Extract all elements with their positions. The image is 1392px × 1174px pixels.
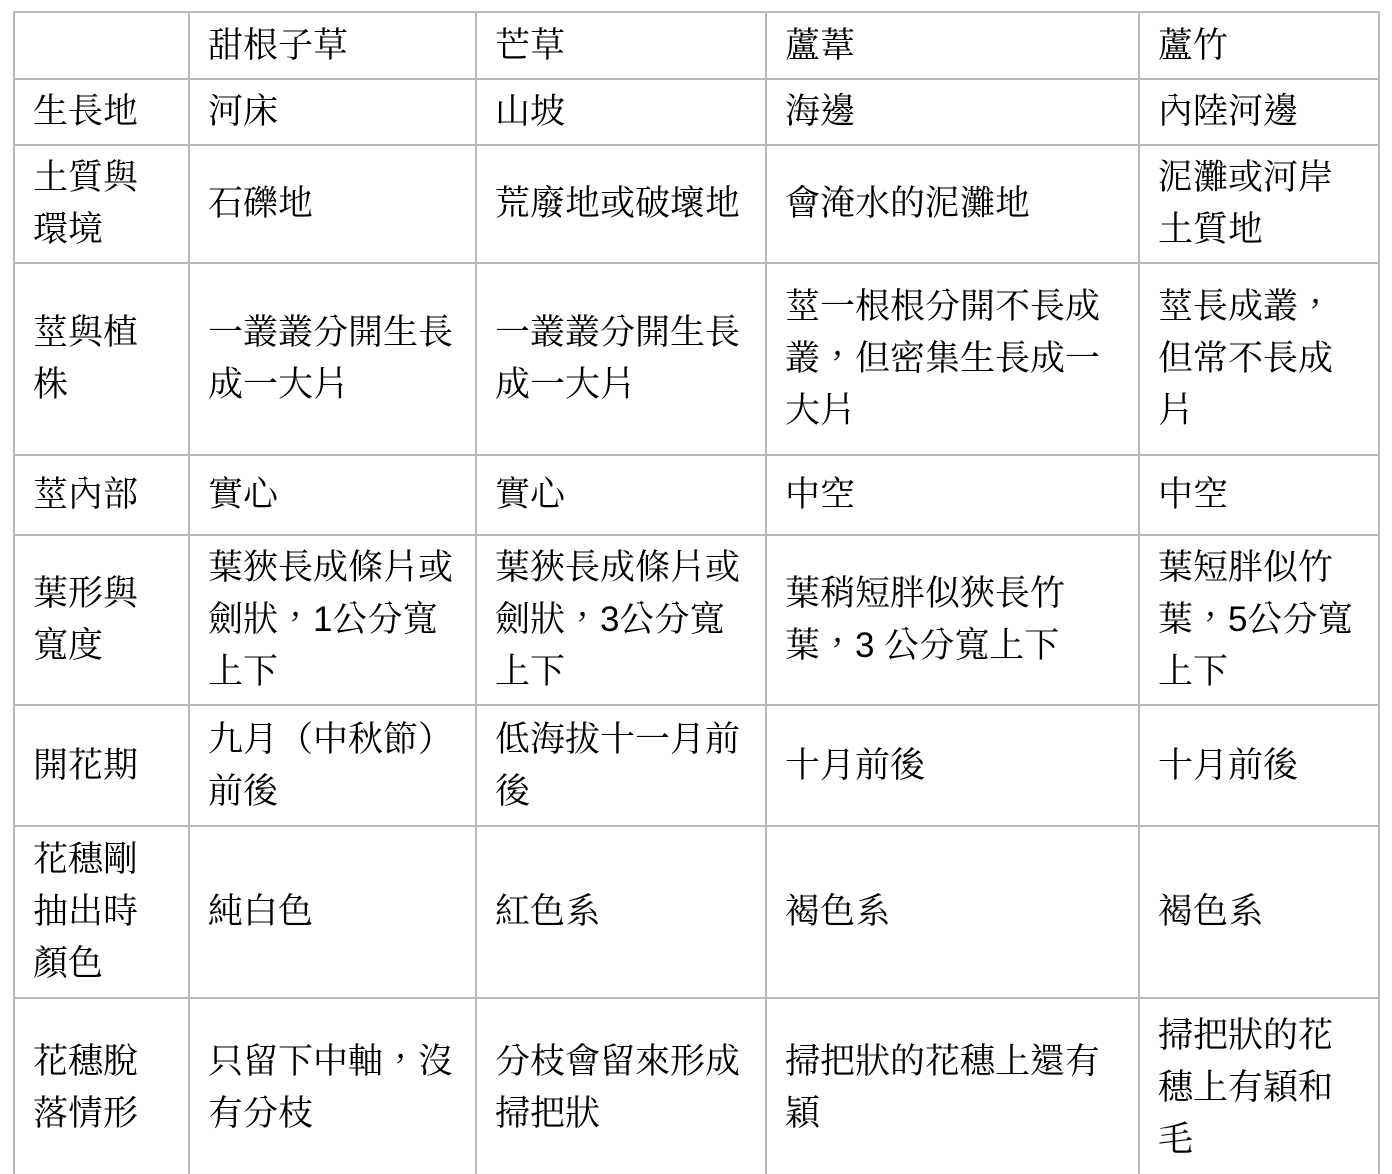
column-header-miscanthus: 芒草 — [476, 12, 766, 79]
comparison-table-container: 甜根子草 芒草 蘆葦 蘆竹 生長地 河床 山坡 海邊 內陸河邊 土質與環境 石礫… — [0, 0, 1392, 1174]
row-header: 葉形與寬度 — [14, 535, 189, 705]
comparison-table: 甜根子草 芒草 蘆葦 蘆竹 生長地 河床 山坡 海邊 內陸河邊 土質與環境 石礫… — [13, 11, 1380, 1174]
table-row-stem-plant: 莖與植株 一叢叢分開生長成一大片 一叢叢分開生長成一大片 莖一根根分開不長成叢，… — [14, 263, 1379, 455]
table-cell: 褐色系 — [1139, 826, 1379, 998]
table-cell: 葉稍短胖似狹長竹葉，3 公分寬上下 — [766, 535, 1139, 705]
table-cell: 純白色 — [189, 826, 476, 998]
table-cell: 分枝會留來形成掃把狀 — [476, 998, 766, 1174]
table-row-soil: 土質與環境 石礫地 荒廢地或破壞地 會淹水的泥灘地 泥灘或河岸土質地 — [14, 145, 1379, 263]
table-row-habitat: 生長地 河床 山坡 海邊 內陸河邊 — [14, 79, 1379, 145]
row-header: 生長地 — [14, 79, 189, 145]
table-cell: 掃把狀的花穗上有穎和毛 — [1139, 998, 1379, 1174]
table-row-spike-color: 花穗剛抽出時顏色 純白色 紅色系 褐色系 褐色系 — [14, 826, 1379, 998]
column-header-giant-reed: 蘆竹 — [1139, 12, 1379, 79]
table-cell: 中空 — [1139, 455, 1379, 535]
table-header-row: 甜根子草 芒草 蘆葦 蘆竹 — [14, 12, 1379, 79]
row-header: 開花期 — [14, 705, 189, 826]
table-cell: 石礫地 — [189, 145, 476, 263]
table-cell: 內陸河邊 — [1139, 79, 1379, 145]
table-cell: 河床 — [189, 79, 476, 145]
table-cell: 荒廢地或破壞地 — [476, 145, 766, 263]
table-cell: 葉狹長成條片或劍狀，3公分寬上下 — [476, 535, 766, 705]
table-cell: 莖長成叢，但常不長成片 — [1139, 263, 1379, 455]
corner-cell — [14, 12, 189, 79]
column-header-sweet-cane: 甜根子草 — [189, 12, 476, 79]
table-cell: 泥灘或河岸土質地 — [1139, 145, 1379, 263]
table-cell: 低海拔十一月前後 — [476, 705, 766, 826]
column-header-reed: 蘆葦 — [766, 12, 1139, 79]
table-cell: 十月前後 — [766, 705, 1139, 826]
table-row-stem-interior: 莖內部 實心 實心 中空 中空 — [14, 455, 1379, 535]
table-cell: 褐色系 — [766, 826, 1139, 998]
table-cell: 會淹水的泥灘地 — [766, 145, 1139, 263]
table-row-spike-shedding: 花穗脫落情形 只留下中軸，沒有分枝 分枝會留來形成掃把狀 掃把狀的花穗上還有穎 … — [14, 998, 1379, 1174]
table-cell: 只留下中軸，沒有分枝 — [189, 998, 476, 1174]
row-header: 花穗脫落情形 — [14, 998, 189, 1174]
table-cell: 實心 — [189, 455, 476, 535]
table-cell: 九月（中秋節）前後 — [189, 705, 476, 826]
table-cell: 葉狹長成條片或劍狀，1公分寬上下 — [189, 535, 476, 705]
comparison-table-body: 甜根子草 芒草 蘆葦 蘆竹 生長地 河床 山坡 海邊 內陸河邊 土質與環境 石礫… — [14, 12, 1379, 1174]
row-header: 花穗剛抽出時顏色 — [14, 826, 189, 998]
table-cell: 山坡 — [476, 79, 766, 145]
table-cell: 一叢叢分開生長成一大片 — [476, 263, 766, 455]
row-header: 莖與植株 — [14, 263, 189, 455]
table-row-leaf: 葉形與寬度 葉狹長成條片或劍狀，1公分寬上下 葉狹長成條片或劍狀，3公分寬上下 … — [14, 535, 1379, 705]
table-row-flowering-period: 開花期 九月（中秋節）前後 低海拔十一月前後 十月前後 十月前後 — [14, 705, 1379, 826]
table-cell: 中空 — [766, 455, 1139, 535]
table-cell: 莖一根根分開不長成叢，但密集生長成一大片 — [766, 263, 1139, 455]
table-cell: 紅色系 — [476, 826, 766, 998]
table-cell: 海邊 — [766, 79, 1139, 145]
table-cell: 一叢叢分開生長成一大片 — [189, 263, 476, 455]
table-cell: 實心 — [476, 455, 766, 535]
table-cell: 葉短胖似竹葉，5公分寬上下 — [1139, 535, 1379, 705]
table-cell: 掃把狀的花穗上還有穎 — [766, 998, 1139, 1174]
table-cell: 十月前後 — [1139, 705, 1379, 826]
row-header: 莖內部 — [14, 455, 189, 535]
row-header: 土質與環境 — [14, 145, 189, 263]
